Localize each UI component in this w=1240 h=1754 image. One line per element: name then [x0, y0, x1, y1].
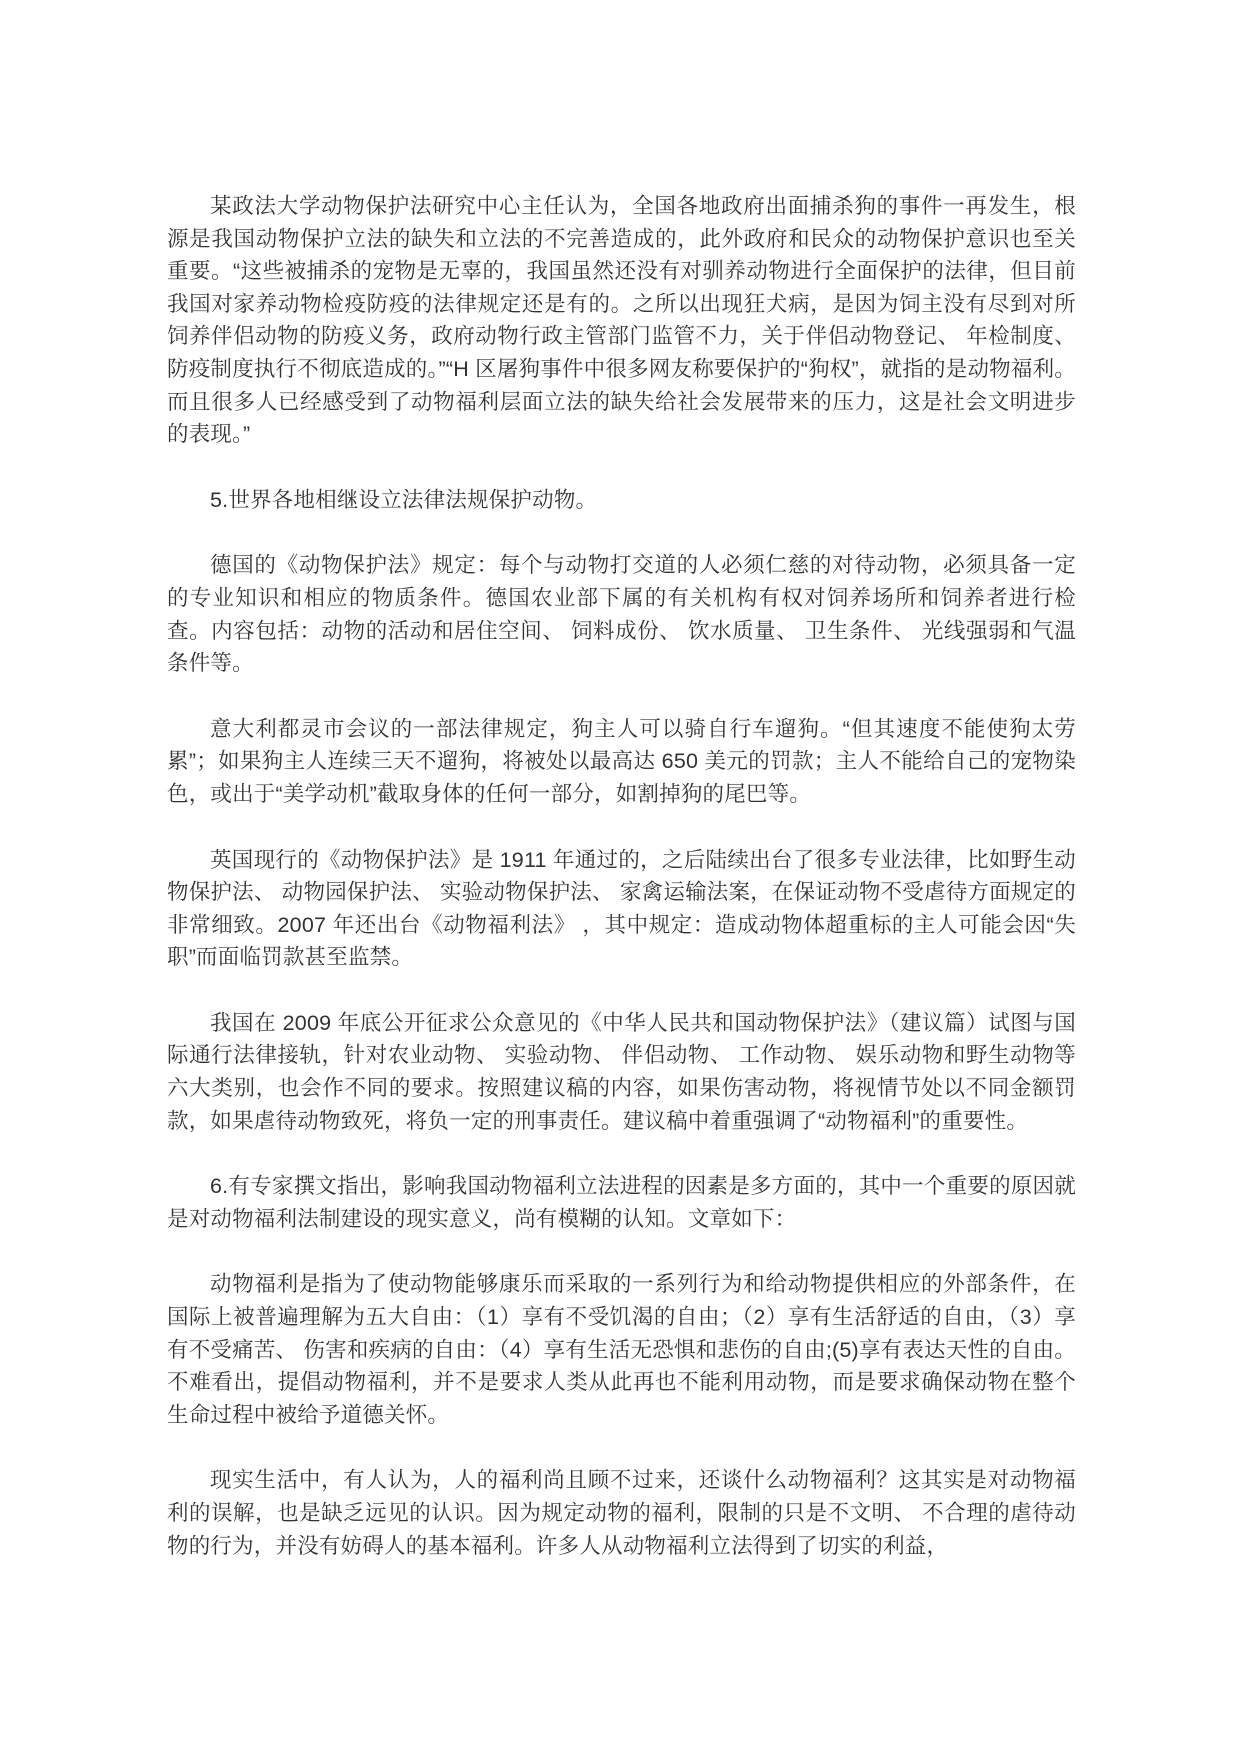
paragraph-uk-law: 英国现行的《动物保护法》是 1911 年通过的，之后陆续出台了很多专业法律，比如… [167, 844, 1076, 974]
paragraph-animal-welfare-definition: 动物福利是指为了使动物能够康乐而采取的一系列行为和给动物提供相应的外部条件，在国… [167, 1268, 1076, 1431]
paragraph-italy-law: 意大利都灵市会议的一部法律规定，狗主人可以骑自行车遛狗。“但其速度不能使狗太劳累… [167, 713, 1076, 811]
paragraph-6-heading: 6.有专家撰文指出，影响我国动物福利立法进程的因素是多方面的，其中一个重要的原因… [167, 1170, 1076, 1235]
paragraph-china-law: 我国在 2009 年底公开征求公众意见的《中华人民共和国动物保护法》（建议篇）试… [167, 1007, 1076, 1137]
paragraph-4-continued: 某政法大学动物保护法研究中心主任认为，全国各地政府出面捕杀狗的事件一再发生，根源… [167, 190, 1076, 451]
paragraph-real-life-view: 现实生活中，有人认为，人的福利尚且顾不过来，还谈什么动物福利？这其实是对动物福利… [167, 1464, 1076, 1562]
paragraph-5-heading: 5.世界各地相继设立法律法规保护动物。 [167, 484, 1076, 517]
document-body: 某政法大学动物保护法研究中心主任认为，全国各地政府出面捕杀狗的事件一再发生，根源… [167, 190, 1076, 1562]
document-page: 某政法大学动物保护法研究中心主任认为，全国各地政府出面捕杀狗的事件一再发生，根源… [0, 0, 1240, 1754]
paragraph-germany-law: 德国的《动物保护法》规定：每个与动物打交道的人必须仁慈的对待动物，必须具备一定的… [167, 549, 1076, 679]
